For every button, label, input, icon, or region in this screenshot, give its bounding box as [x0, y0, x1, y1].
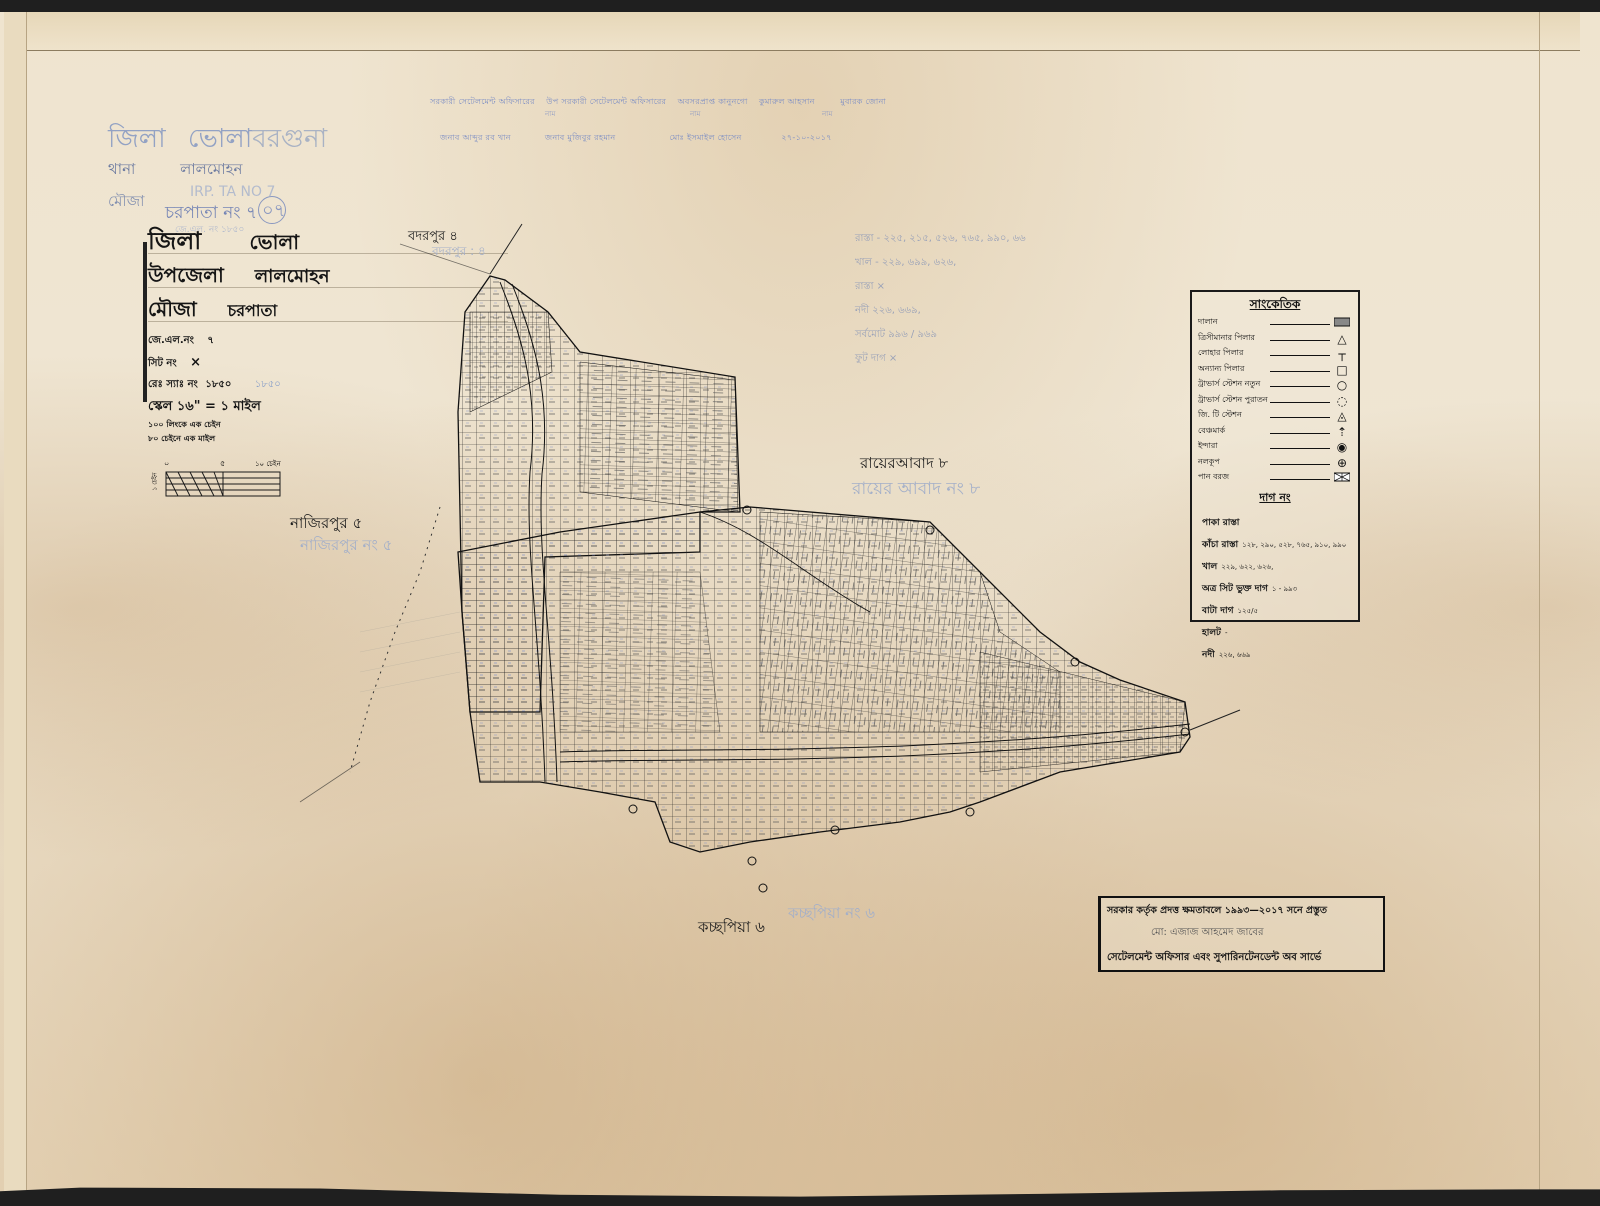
legend-label: বেঞ্চমার্ক	[1198, 426, 1225, 435]
legend-item-trijunction-pillar: ত্রিসীমানার পিলার △	[1192, 332, 1358, 348]
dag-row-paved-road: পাকা রাস্তা	[1192, 512, 1358, 534]
triangle-dot-icon: ◬	[1334, 409, 1350, 423]
legend-item-iron-pillar: লোহার পিলার ┬	[1192, 347, 1358, 363]
arrow-up-icon: ⇡	[1334, 425, 1350, 439]
dag-row-sheet-plots: অত্র সিট ভুক্ত দাগ১ - ৯৯৩	[1192, 578, 1358, 600]
legend-label: ট্রাভার্স স্টেশন পুরাতন	[1198, 395, 1268, 404]
legend-item-betel-garden: পান বরজ	[1192, 471, 1358, 487]
pencil-note-5: সর্বমোট ৯৯৬ / ৯৬৯	[855, 323, 1026, 347]
legend-item-building: দালান	[1192, 316, 1358, 332]
legend-box: সাংকেতিক দালান ত্রিসীমানার পিলার △ লোহার…	[1190, 290, 1360, 622]
pencil-notes: রাস্তা - ২২৫, ২১৫, ৫২৬, ৭৬৫, ৯৯০, ৬৬ খাল…	[855, 227, 1026, 371]
legend-label: অন্যান্য পিলার	[1198, 364, 1244, 373]
legend-label: ট্রাভার্স স্টেশন নতুন	[1198, 379, 1260, 388]
dag-row-canal: খাল২২৯, ৬২২, ৬২৬,	[1192, 556, 1358, 578]
dag-row-halot: হালট-	[1192, 622, 1358, 644]
neighbor-west-pencil: নাজিরপুর নং ৫	[300, 534, 392, 559]
circle-icon: ○	[1334, 378, 1350, 392]
legend-label: জি. টি স্টেশন	[1198, 410, 1242, 419]
pencil-note-6: ফুট দাগ ×	[855, 347, 1026, 371]
legend-item-gt-station: জি. টি স্টেশন ◬	[1192, 409, 1358, 425]
neighbor-east-label: রায়েরআবাদ ৮	[860, 452, 948, 477]
pencil-note-4: নদী ২২৬, ৬৬৯,	[855, 299, 1026, 323]
filled-circle-icon: ◉	[1334, 440, 1350, 454]
circle-cross-icon: ⊕	[1334, 456, 1350, 470]
dag-row-river: নদী২২৬, ৬৬৯	[1192, 644, 1358, 666]
certification-signature: মো: এজাজ আহমেদ জাবের	[1101, 919, 1383, 942]
legend-label: নলকূপ	[1198, 457, 1220, 466]
dag-title: দাগ নং	[1192, 489, 1358, 508]
certification-title: সেটেলমেন্ট অফিসার এবং সুপারিনটেনডেন্ট অব…	[1101, 942, 1383, 967]
pencil-note-3: রাস্তা ×	[855, 275, 1026, 299]
legend-item-traverse-new: ট্রাভার্স স্টেশন নতুন ○	[1192, 378, 1358, 394]
legend-label: ইন্দারা	[1198, 441, 1218, 450]
legend-item-other-pillar: অন্যান্য পিলার □	[1192, 363, 1358, 379]
legend-item-tubewell: নলকূপ ⊕	[1192, 456, 1358, 472]
neighbor-south-label: কচ্ছপিয়া ৬	[698, 916, 765, 941]
open-circle-icon: ◌	[1334, 394, 1350, 408]
hatched-box-icon	[1334, 316, 1350, 330]
neighbor-south-pencil: কচ্ছপিয়া নং ৬	[788, 902, 875, 927]
cross-hatched-box-icon	[1334, 471, 1350, 485]
legend-title: সাংকেতিক	[1192, 296, 1358, 316]
certification-authority: সরকার কর্তৃক প্রদত্ত ক্ষমতাবলে ১৯৯৩—২০১৭…	[1101, 898, 1383, 919]
legend-item-benchmark: বেঞ্চমার্ক ⇡	[1192, 425, 1358, 441]
dag-row-bata-dag: বাটা দাগ১২৫/৫	[1192, 600, 1358, 622]
legend-item-well: ইন্দারা ◉	[1192, 440, 1358, 456]
legend-label: দালান	[1198, 317, 1218, 326]
pencil-note-2: খাল - ২২৯, ৬৯৯, ৬২৬,	[855, 251, 1026, 275]
map-sheet: সরকারী সেটেলমেন্ট অফিসারের উপ সরকারী সেট…	[0, 12, 1600, 1202]
parcel-map	[0, 12, 1600, 1202]
pencil-note-1: রাস্তা - ২২৫, ২১৫, ৫২৬, ৭৬৫, ৯৯০, ৬৬	[855, 227, 1026, 251]
legend-label: ত্রিসীমানার পিলার	[1198, 333, 1255, 342]
legend-label: পান বরজ	[1198, 472, 1229, 481]
neighbor-east-pencil: রায়ের আবাদ নং ৮	[852, 476, 980, 504]
neighbor-north-pencil: বদরপুর : ৪	[432, 243, 486, 263]
legend-item-traverse-old: ট্রাভার্স স্টেশন পুরাতন ◌	[1192, 394, 1358, 410]
square-icon: □	[1334, 363, 1350, 377]
dag-row-kacha-road: কাঁচা রাস্তা১২৮, ২৯০, ৫২৮, ৭৬৫, ৯১০, ৯৯০	[1192, 534, 1358, 556]
triangle-icon: △	[1334, 332, 1350, 346]
certification-box: সরকার কর্তৃক প্রদত্ত ক্ষমতাবলে ১৯৯৩—২০১৭…	[1098, 896, 1385, 972]
legend-label: লোহার পিলার	[1198, 348, 1243, 357]
pin-icon: ┬	[1334, 347, 1350, 361]
